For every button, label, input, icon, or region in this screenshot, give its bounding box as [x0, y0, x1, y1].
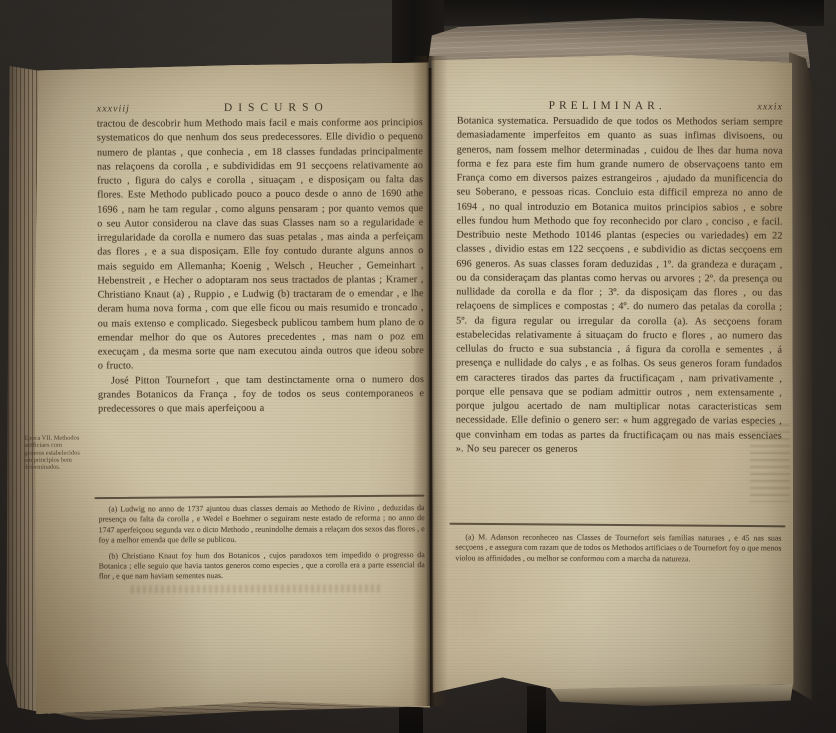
right-footnotes: (a) M. Adanson reconheceo nas Classes de…	[455, 532, 781, 569]
left-body-text: tractou de descobrir hum Methodo mais fa…	[97, 116, 424, 417]
left-running-title: DISCURSO	[130, 101, 423, 114]
left-page: xxxviij DISCURSO Epoca VII. Methodos art…	[19, 59, 434, 715]
left-folio-number: xxxviij	[97, 103, 130, 114]
book-photo: xxxviij DISCURSO Epoca VII. Methodos art…	[0, 0, 836, 733]
right-folio-number: xxxix	[757, 101, 783, 112]
left-paragraph-2: José Pitton Tournefort , que tam destinc…	[98, 373, 424, 417]
left-footnotes: (a) Ludwig no anno de 1737 ajuntou duas …	[99, 503, 425, 587]
right-body-text: Botanica systematica. Persuadido de que …	[456, 114, 783, 457]
right-running-title: PRELIMINAR.	[457, 99, 757, 112]
margin-note-epoca-vii: Epoca VII. Methodos artificiaes com gene…	[24, 435, 80, 472]
left-page-header: xxxviij DISCURSO	[97, 101, 423, 114]
right-footnote-rule	[449, 523, 785, 528]
right-page-header: PRELIMINAR. xxxix	[457, 99, 783, 112]
left-paragraph-1: tractou de descobrir hum Methodo mais fa…	[97, 116, 424, 374]
right-page: PRELIMINAR. xxxix Botanica systematica. …	[431, 53, 799, 694]
left-footnote-rule	[94, 495, 424, 500]
show-through-text-smudge	[131, 584, 381, 593]
right-footnote-a: (a) M. Adanson reconheceo nas Classes de…	[455, 532, 781, 564]
right-paragraph-1: Botanica systematica. Persuadido de que …	[456, 114, 783, 457]
left-footnote-a: (a) Ludwig no anno de 1737 ajuntou duas …	[99, 503, 425, 546]
show-through-margin-note	[750, 424, 790, 502]
left-footnote-b: (b) Christiano Knaut foy hum dos Botanic…	[99, 550, 425, 583]
